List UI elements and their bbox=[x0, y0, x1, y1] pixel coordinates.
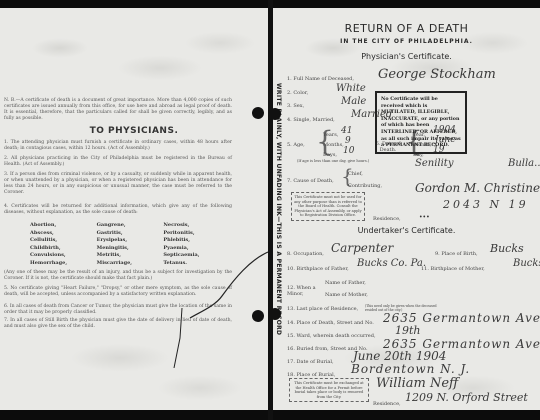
cause-contrib-value: Bulla... bbox=[508, 158, 540, 169]
disease: Erysipelas, bbox=[97, 237, 164, 245]
burial-date-label: 17. Date of Burial, bbox=[287, 359, 334, 365]
ward-value: 19th bbox=[395, 324, 421, 337]
disease: Abortion, bbox=[30, 222, 97, 230]
place-of-death-value: 2635 Germantown Ave bbox=[383, 311, 540, 325]
undertaker-signature: William Neff bbox=[376, 376, 458, 391]
cause-chief-label: Chief, bbox=[348, 171, 363, 177]
cause-contrib-label: Contributing, bbox=[348, 183, 382, 189]
undertaker-notice: This Certificate must be exchanged at th… bbox=[289, 378, 369, 402]
disease: Necrosis, bbox=[163, 222, 230, 230]
color-value: White bbox=[336, 83, 366, 94]
undertaker-residence-value: 1209 N. Orford Street bbox=[405, 391, 528, 404]
paper-tear bbox=[160, 248, 268, 368]
disease: Meningitis, bbox=[97, 245, 164, 253]
age-months-value: 9 bbox=[345, 136, 351, 146]
to-physicians-heading: TO PHYSICIANS. bbox=[0, 126, 268, 136]
physician-residence-label: Residence, bbox=[373, 216, 401, 222]
burial-date-value: June 20th 1904 bbox=[353, 349, 446, 363]
full-name-value: George Stockham bbox=[378, 67, 496, 82]
occupation-label: 8. Occupation, bbox=[287, 251, 324, 257]
undertaker-residence-label: Residence, bbox=[373, 401, 401, 407]
rule-2: 2. All physicians practicing in the City… bbox=[4, 156, 232, 168]
binder-hole bbox=[252, 107, 264, 119]
birthplace-label: 9. Place of Birth, bbox=[435, 251, 478, 257]
age-days-label: Days, bbox=[323, 152, 337, 158]
vertical-ink-stamp: WRITE PLAINLY, WITH UNFADING INK—THIS IS… bbox=[274, 83, 282, 343]
disease: Abscess, bbox=[30, 230, 97, 238]
mutilation-notice-box: No Certificate will be received which is… bbox=[375, 91, 467, 154]
cause-chief-value: Senility bbox=[415, 158, 453, 169]
disease: Gastritis, bbox=[97, 230, 164, 238]
rule-1: 1. The attending physician must furnish … bbox=[4, 140, 232, 152]
age-years-value: 41 bbox=[341, 126, 352, 136]
full-name-label: 1. Full Name of Deceased, bbox=[287, 76, 354, 82]
age-days-value: 10 bbox=[343, 146, 354, 156]
physician-notice: This Certificate must not be used for an… bbox=[291, 192, 365, 221]
mother-birthplace-value: Bucks bbox=[513, 258, 540, 269]
sex-value: Male bbox=[341, 96, 366, 107]
ward-label: 15. Ward, wherein death occurred, bbox=[287, 333, 376, 339]
certificate-title: RETURN OF A DEATH bbox=[273, 22, 540, 35]
age-years-label: Years, bbox=[323, 132, 338, 138]
disease: Phlebitis, bbox=[163, 237, 230, 245]
disease: Convulsions, bbox=[30, 252, 97, 260]
place-of-death-label: 14. Place of Death, Street and No. bbox=[287, 320, 374, 326]
sex-label: 3. Sex, bbox=[287, 103, 304, 109]
disease: Hemorrhage, bbox=[30, 260, 97, 268]
birthplace-value: Bucks bbox=[490, 242, 524, 255]
age-label: 5. Age, bbox=[287, 142, 305, 148]
rule-3: 3. If a person dies from criminal violen… bbox=[4, 172, 232, 196]
disease: Gangrene, bbox=[97, 222, 164, 230]
father-birthplace-label: 10. Birthplace of Father, bbox=[287, 266, 349, 272]
minor-label: 12. When a Minor, bbox=[287, 285, 321, 297]
physician-certificate-heading: Physician's Certificate. bbox=[273, 52, 540, 61]
occupation-value: Carpenter bbox=[331, 241, 393, 255]
disease: Metritis, bbox=[97, 252, 164, 260]
disease: Childbirth, bbox=[30, 245, 97, 253]
father-birthplace-value: Bucks Co. Pa. bbox=[357, 258, 426, 269]
cause-label: 7. Cause of Death, bbox=[287, 178, 334, 184]
mother-name-label: Name of Mother, bbox=[325, 292, 368, 298]
undertaker-certificate-heading: Undertaker's Certificate. bbox=[273, 226, 540, 235]
disease: Miscarriage, bbox=[97, 260, 164, 268]
rule-4: 4. Certificates will be returned for add… bbox=[4, 204, 232, 216]
physician-residence-value: 2043 N 19 bbox=[443, 198, 529, 211]
age-note: (If age is less than one day, give hours… bbox=[297, 159, 369, 163]
father-name-label: Name of Father, bbox=[325, 280, 366, 286]
color-label: 2. Color, bbox=[287, 90, 308, 96]
disease: Peritonitis, bbox=[163, 230, 230, 238]
instructions-page: N. B.—A certificate of death is a docume… bbox=[0, 8, 268, 410]
marital-label: 4. Single, Married, bbox=[287, 117, 335, 123]
separator-dots: ••• bbox=[419, 214, 430, 221]
death-certificate-page: WRITE PLAINLY, WITH UNFADING INK—THIS IS… bbox=[273, 8, 540, 410]
burial-place-value: Bordentown N. J. bbox=[351, 362, 470, 376]
age-months-label: Months, bbox=[323, 142, 344, 148]
certificate-subtitle: IN THE CITY OF PHILADELPHIA. bbox=[273, 38, 540, 45]
physician-signature: Gordon M. Christine bbox=[415, 181, 540, 195]
disease: Cellulitis, bbox=[30, 237, 97, 245]
last-residence-label: 13. Last place of Residence, bbox=[287, 306, 358, 312]
nb-notice: N. B.—A certificate of death is a docume… bbox=[4, 98, 232, 122]
mother-birthplace-label: 11. Birthplace of Mother, bbox=[421, 266, 485, 272]
